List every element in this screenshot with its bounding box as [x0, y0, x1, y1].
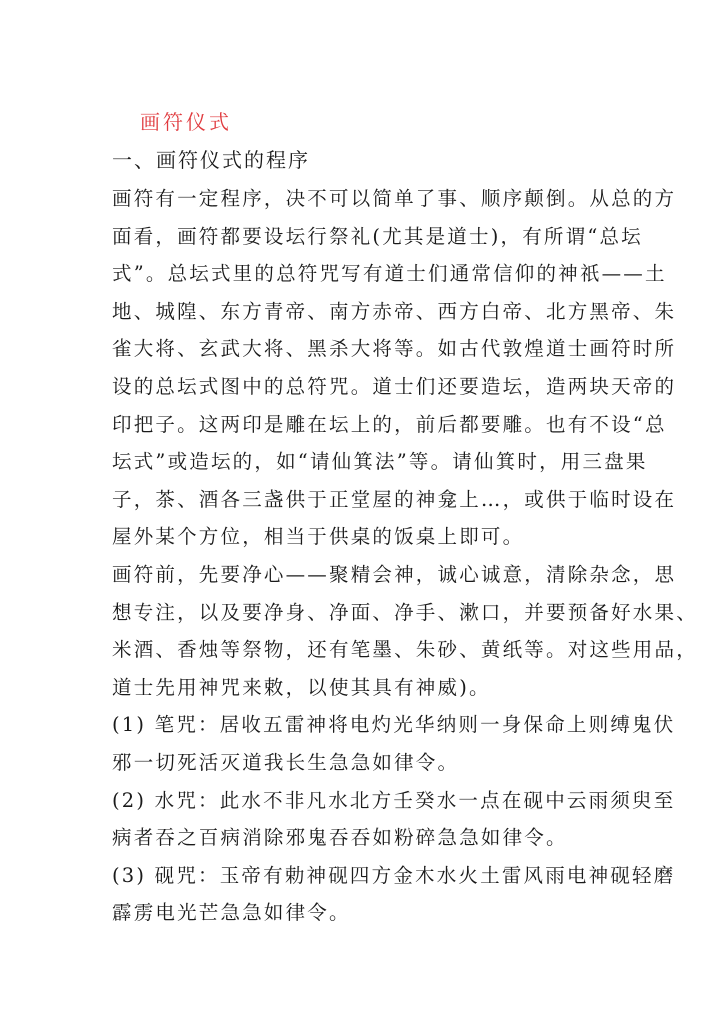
- text-line: 地、城隍、东方青帝、南方赤帝、西方白帝、北方黑帝、朱: [112, 293, 622, 331]
- text-line: 米酒、香烛等祭物，还有笔墨、朱砂、黄纸等。对这些用品，: [112, 631, 622, 669]
- paragraph-brush-incantation: (1) 笔咒：居收五雷神将电灼光华纳则一身保命上则缚鬼伏 邪一切死活灭道我长生急…: [112, 706, 622, 781]
- text-line: 设的总坛式图中的总符咒。道士们还要造坛，造两块天帝的: [112, 368, 622, 406]
- document-title: 画符仪式: [140, 106, 622, 142]
- paragraph-water-incantation: (2) 水咒：此水不非凡水北方壬癸水一点在砚中云雨须臾至 病者吞之百病消除邪鬼吞…: [112, 782, 622, 857]
- text-line: (3) 砚咒：玉帝有勅神砚四方金木水火土雷风雨电神砚轻磨: [112, 857, 622, 895]
- paragraph-preparation: 画符前，先要净心——聚精会神，诚心诚意，清除杂念，思 想专注，以及要净身、净面、…: [112, 556, 622, 706]
- document-page: 画符仪式 一、画符仪式的程序 画符有一定程序，决不可以简单了事、顺序颠倒。从总的…: [112, 106, 622, 932]
- text-line: 道士先用神咒来敕，以使其具有神威)。: [112, 669, 622, 707]
- text-line: 式”。总坛式里的总符咒写有道士们通常信仰的神祇——土: [112, 255, 622, 293]
- text-line: 屋外某个方位，相当于供桌的饭桌上即可。: [112, 518, 622, 556]
- section-heading: 一、画符仪式的程序: [112, 142, 622, 180]
- paragraph-inkstone-incantation: (3) 砚咒：玉帝有勅神砚四方金木水火土雷风雨电神砚轻磨 霹雳电光芒急急如律令。: [112, 857, 622, 932]
- text-line: 子，茶、酒各三盏供于正堂屋的神龛上…，或供于临时设在: [112, 481, 622, 519]
- paragraph-procedure: 画符有一定程序，决不可以简单了事、顺序颠倒。从总的方 面看，画符都要设坛行祭礼(…: [112, 180, 622, 556]
- text-line: 画符前，先要净心——聚精会神，诚心诚意，清除杂念，思: [112, 556, 622, 594]
- text-line: 邪一切死活灭道我长生急急如律令。: [112, 744, 622, 782]
- text-line: 霹雳电光芒急急如律令。: [112, 894, 622, 932]
- text-line: 病者吞之百病消除邪鬼吞吞如粉碎急急如律令。: [112, 819, 622, 857]
- text-line: 画符有一定程序，决不可以简单了事、顺序颠倒。从总的方: [112, 180, 622, 218]
- text-line: (1) 笔咒：居收五雷神将电灼光华纳则一身保命上则缚鬼伏: [112, 706, 622, 744]
- text-line: 想专注，以及要净身、净面、净手、漱口，并要预备好水果、: [112, 594, 622, 632]
- text-line: 面看，画符都要设坛行祭礼(尤其是道士)，有所谓“总坛: [112, 218, 622, 256]
- text-line: 印把子。这两印是雕在坛上的，前后都要雕。也有不设“总: [112, 406, 622, 444]
- text-line: 坛式”或造坛的，如“请仙箕法”等。请仙箕时，用三盘果: [112, 443, 622, 481]
- text-line: (2) 水咒：此水不非凡水北方壬癸水一点在砚中云雨须臾至: [112, 782, 622, 820]
- text-line: 雀大将、玄武大将、黑杀大将等。如古代敦煌道士画符时所: [112, 330, 622, 368]
